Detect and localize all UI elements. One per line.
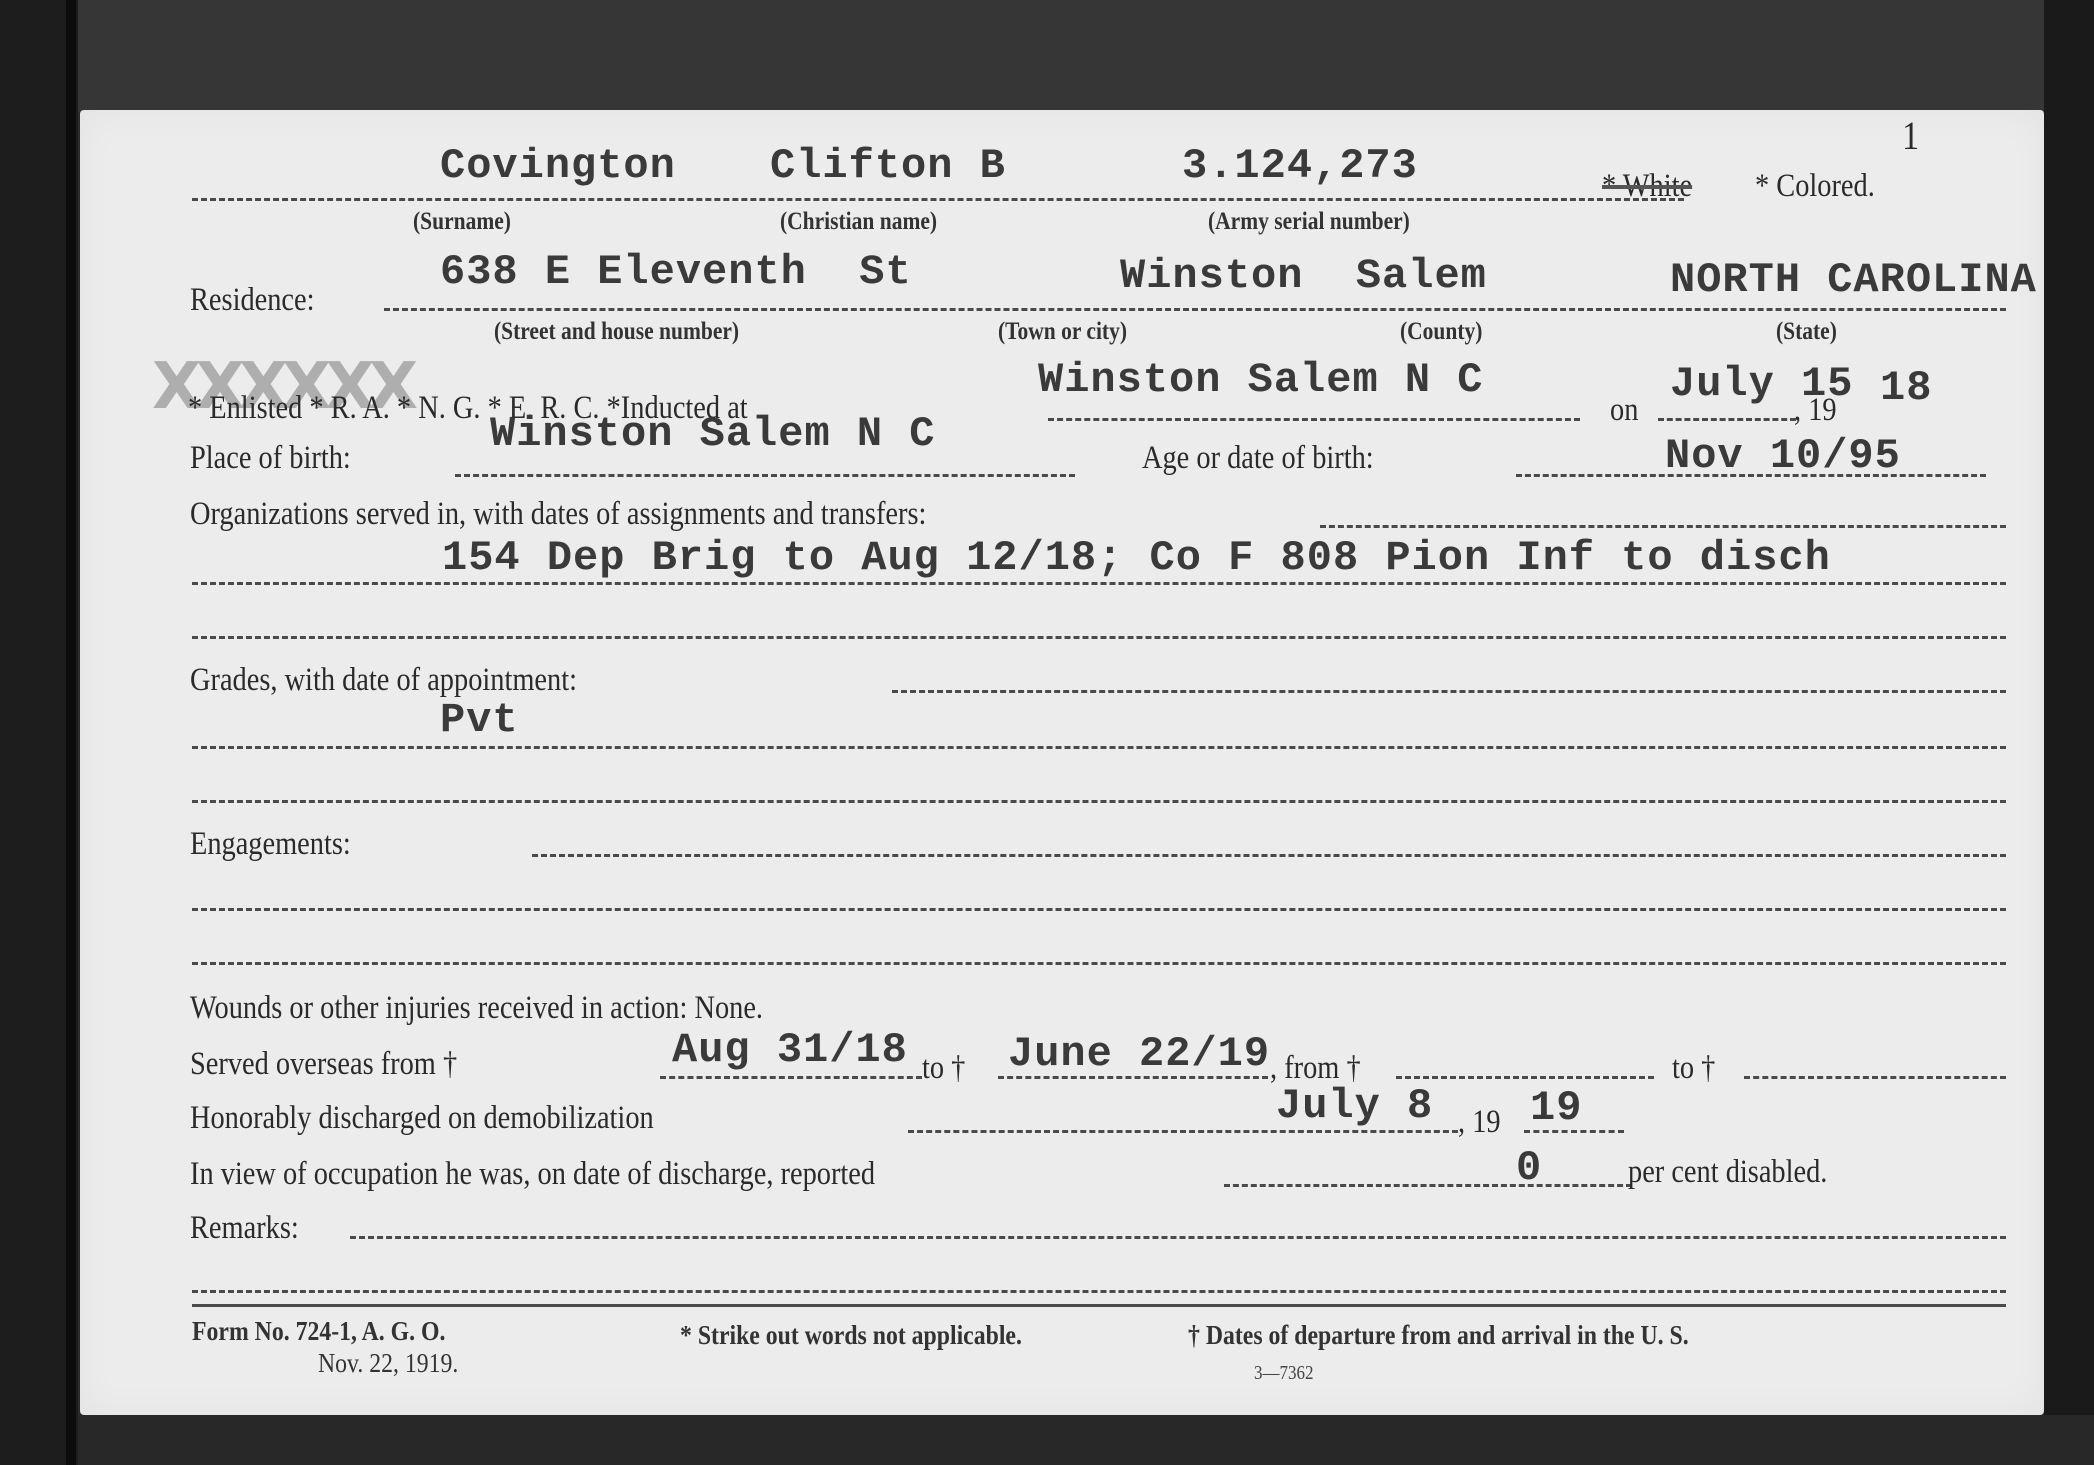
- page-number: 1: [1902, 112, 1919, 159]
- dagger-note: † Dates of departure from and arrival in…: [1188, 1320, 1689, 1351]
- overseas-arrival-2-line: [1744, 1076, 2006, 1079]
- grades-label: Grades, with date of appointment:: [190, 662, 577, 699]
- wounds-label: Wounds or other injuries received in act…: [190, 990, 763, 1027]
- grades-line-2: [192, 746, 2006, 749]
- overseas-to2-label: to †: [1672, 1050, 1715, 1087]
- race-colored: * Colored.: [1755, 168, 1875, 205]
- caption-christian-name: (Christian name): [780, 208, 937, 236]
- place-of-birth-label: Place of birth:: [190, 440, 351, 477]
- discharge-date: July 8: [1276, 1082, 1433, 1130]
- inducted-date-line: [1658, 418, 1796, 421]
- serial-number-value: 3.124,273: [1182, 142, 1418, 190]
- grades-line-1: [892, 690, 2006, 693]
- engagements-label: Engagements:: [190, 826, 351, 863]
- caption-serial: (Army serial number): [1208, 208, 1410, 236]
- remarks-line-2: [192, 1290, 2006, 1293]
- overseas-departure: Aug 31/18: [672, 1026, 908, 1074]
- name-line: [192, 198, 1684, 201]
- print-code: 3—7362: [1254, 1362, 1314, 1385]
- organizations-label: Organizations served in, with dates of a…: [190, 496, 926, 533]
- residence-town: Winston Salem: [1120, 252, 1487, 300]
- disability-line: [1224, 1184, 1632, 1187]
- grades-line-3: [192, 800, 2006, 803]
- place-of-birth-line: [455, 474, 1075, 477]
- grades-value: Pvt: [440, 696, 519, 744]
- form-date: Nov. 22, 1919.: [318, 1348, 458, 1379]
- caption-surname: (Surname): [413, 208, 511, 236]
- christian-name-value: Clifton B: [770, 142, 1006, 190]
- date-of-birth-value: Nov 10/95: [1665, 432, 1901, 480]
- residence-label: Residence:: [190, 282, 315, 319]
- caption-street: (Street and house number): [494, 318, 739, 346]
- overseas-departure-line: [660, 1076, 922, 1079]
- organizations-line-2: [192, 582, 2006, 585]
- residence-state: NORTH CAROLINA: [1670, 256, 2037, 304]
- overseas-departure-2-line: [1396, 1076, 1654, 1079]
- footer-rule: [192, 1304, 2006, 1307]
- disability-label: In view of occupation he was, on date of…: [190, 1156, 875, 1193]
- race-white-struck: * White: [1602, 168, 1692, 205]
- discharge-year-line: [1524, 1130, 1624, 1133]
- scanner-right-margin: [2044, 0, 2094, 1465]
- inducted-line: [1048, 418, 1580, 421]
- overseas-arrival: June 22/19: [1008, 1030, 1270, 1078]
- on-label: on: [1610, 392, 1638, 429]
- overseas-to-label: to †: [922, 1050, 965, 1087]
- caption-county: (County): [1400, 318, 1482, 346]
- discharge-date-line: [908, 1130, 1458, 1133]
- caption-state: (State): [1776, 318, 1837, 346]
- inducted-place: Winston Salem N C: [1038, 356, 1483, 404]
- surname-value: Covington: [440, 142, 676, 190]
- residence-line: [384, 308, 2006, 311]
- organizations-line-1: [1320, 525, 2006, 528]
- organizations-line-3: [192, 636, 2006, 639]
- remarks-label: Remarks:: [190, 1210, 299, 1247]
- age-label: Age or date of birth:: [1142, 440, 1374, 477]
- scanner-bottom-margin: [78, 1415, 2094, 1465]
- disability-suffix: per cent disabled.: [1628, 1154, 1827, 1191]
- disability-value: 0: [1516, 1144, 1542, 1192]
- form-number: Form No. 724-1, A. G. O.: [192, 1316, 445, 1347]
- inducted-year: 18: [1880, 364, 1932, 412]
- residence-street: 638 E Eleventh St: [440, 248, 912, 296]
- place-of-birth-value: Winston Salem N C: [490, 410, 935, 458]
- discharge-year: 19: [1530, 1084, 1582, 1132]
- strike-note: * Strike out words not applicable.: [680, 1320, 1022, 1351]
- caption-town: (Town or city): [998, 318, 1127, 346]
- engagements-line-1: [532, 854, 2006, 857]
- overseas-label: Served overseas from †: [190, 1046, 457, 1083]
- engagements-line-2: [192, 908, 2006, 911]
- discharge-label: Honorably discharged on demobilization: [190, 1100, 654, 1137]
- year-prefix: , 19: [1794, 392, 1837, 429]
- date-of-birth-line: [1516, 474, 1986, 477]
- remarks-line-1: [350, 1236, 2006, 1239]
- overseas-arrival-line: [998, 1076, 1268, 1079]
- engagements-line-3: [192, 962, 2006, 965]
- service-record-card: 1 Covington Clifton B 3.124,273 * White …: [80, 110, 2044, 1415]
- discharge-year-prefix: , 19: [1458, 1104, 1501, 1141]
- scanner-left-edge: [66, 0, 76, 1465]
- scanner-top-margin: [78, 0, 2094, 112]
- organizations-value: 154 Dep Brig to Aug 12/18; Co F 808 Pion…: [442, 534, 1831, 582]
